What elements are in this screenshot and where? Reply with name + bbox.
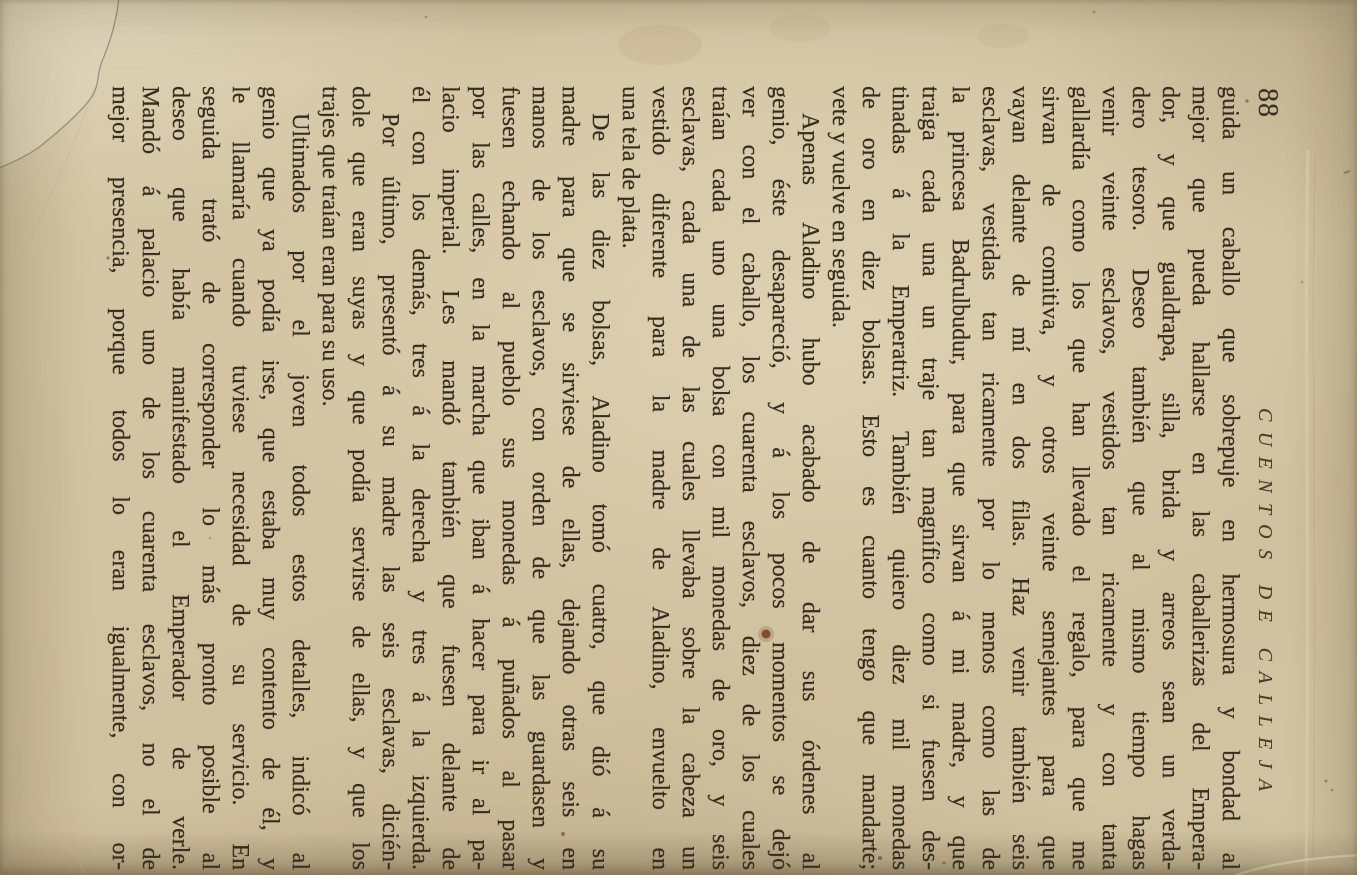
text-line: esclavas, cada una de las cuales llevaba… xyxy=(675,86,705,870)
text-line: le llamaría cuando tuviese necesidad de … xyxy=(225,86,255,870)
text-line: manos de los esclavos, con orden de que … xyxy=(525,86,555,870)
text-line: Ultimados por el joven todos estos detal… xyxy=(285,86,315,870)
text-line: una tela de plata. xyxy=(615,86,645,870)
text-line: dole que eran suyas y que podía servirse… xyxy=(345,86,375,870)
text-line: seguida trató de corresponder lo más pro… xyxy=(195,86,225,870)
text-line: traían cada uno una bolsa con mil moneda… xyxy=(705,86,735,870)
text-line: De las diez bolsas, Aladino tomó cuatro,… xyxy=(585,86,615,870)
text-line: venir veinte esclavos, vestidos tan rica… xyxy=(1095,86,1125,870)
text-line: genio, éste desapareció, y á los pocos m… xyxy=(765,86,795,870)
text-line: madre para que se sirviese de ellas, dej… xyxy=(555,86,585,870)
text-line: tinadas á la Emperatriz. También quiero … xyxy=(885,86,915,870)
running-head: CUENTOS DE CALLEJA xyxy=(1253,408,1276,802)
text-line: vayan delante de mí en dos filas. Haz ve… xyxy=(1005,86,1035,870)
text-line: él con los demás, tres á la derecha y tr… xyxy=(405,86,435,870)
text-line: traiga cada una un traje tan magnífico c… xyxy=(915,86,945,870)
text-line: trajes que traían eran para su uso. xyxy=(315,86,345,870)
text-line: la princesa Badrulbudur, para que sirvan… xyxy=(945,86,975,870)
text-line: esclavas, vestidas tan ricamente por lo … xyxy=(975,86,1005,870)
text-line: mejor que pueda hallarse en las caballer… xyxy=(1185,86,1215,870)
text-line: por las calles, en la marcha que iban á … xyxy=(465,86,495,870)
text-line: deseo que había manifestado el Emperador… xyxy=(165,86,195,870)
text-line: vestido diferente para la madre de Aladi… xyxy=(645,86,675,870)
text-line: fuesen echando al pueblo sus monedas á p… xyxy=(495,86,525,870)
text-line: dero tesoro. Deseo también que al mismo … xyxy=(1125,86,1155,870)
text-line: Por último, presentó á su madre las seis… xyxy=(375,86,405,870)
text-line: gallardía como los que han llevado el re… xyxy=(1065,86,1095,870)
scanned-book-page: 88 CUENTOS DE CALLEJA guida un caballo q… xyxy=(0,0,1357,875)
text-line: vete y vuelve en seguida. xyxy=(825,86,855,870)
text-line: ver con el caballo, los cuarenta esclavo… xyxy=(735,86,765,870)
text-line: sirvan de comitiva, y otros veinte semej… xyxy=(1035,86,1065,870)
page-number: 88 xyxy=(1251,88,1283,118)
text-line: genio que ya podía irse, que estaba muy … xyxy=(255,86,285,870)
text-line: lacio imperial. Les mandó también que fu… xyxy=(435,86,465,870)
text-line: Apenas Aladino hubo acabado de dar sus ó… xyxy=(795,86,825,870)
text-line: guida un caballo que sobrepuje en hermos… xyxy=(1215,86,1245,870)
text-line: mejor presencia, porque todos lo eran ig… xyxy=(105,86,135,870)
text-line: de oro en diez bolsas. Esto es cuanto te… xyxy=(855,86,885,870)
text-line: dor, y que gualdrapa, silla, brida y arr… xyxy=(1155,86,1185,870)
page-text: guida un caballo que sobrepuje en hermos… xyxy=(105,86,1245,870)
text-line: Mandó á palacio uno de los cuarenta escl… xyxy=(135,86,165,870)
book-page-rotated: 88 CUENTOS DE CALLEJA guida un caballo q… xyxy=(0,0,1357,875)
